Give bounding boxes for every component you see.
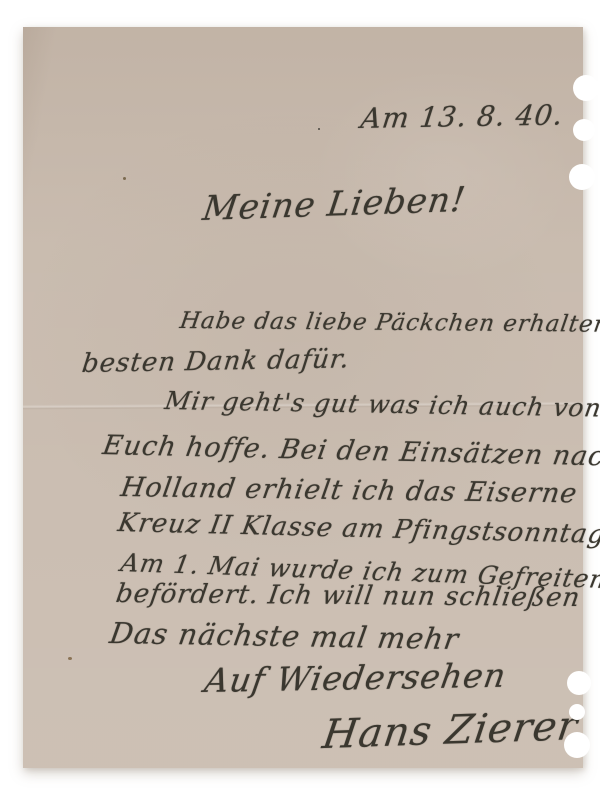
torn-edge-notch <box>573 75 599 101</box>
body-line: Holland erhielt ich das Eiserne <box>119 472 580 509</box>
salutation-line: Meine Lieben! <box>200 181 468 229</box>
torn-edge-notch <box>564 732 590 758</box>
body-line: befördert. Ich will nun schließen <box>114 580 583 614</box>
torn-edge-notch <box>569 164 595 190</box>
torn-edge-notch <box>567 671 591 695</box>
signature-line: Hans Zierer <box>320 703 581 758</box>
paper-speck <box>123 177 126 180</box>
body-line: Habe das liebe Päckchen erhalten <box>178 308 600 338</box>
body-line: Kreuz II Klasse am Pfingstsonntag. <box>116 509 600 551</box>
body-line: besten Dank dafür. <box>80 345 351 380</box>
body-line: Mir geht's gut was ich auch von <box>163 387 600 423</box>
paper-speck <box>68 657 72 660</box>
letter-paper: Am 13. 8. 40. Meine Lieben! Habe das lie… <box>23 27 583 768</box>
paper-speck <box>318 128 320 130</box>
torn-edge-notch <box>569 704 585 720</box>
date-line: Am 13. 8. 40. <box>359 99 565 135</box>
body-line: Das nächste mal mehr <box>107 617 461 656</box>
photo-background: Am 13. 8. 40. Meine Lieben! Habe das lie… <box>0 0 600 791</box>
body-line: Euch hoffe. Bei den Einsätzen nach <box>100 430 600 473</box>
torn-edge-notch <box>573 119 595 141</box>
closing-line: Auf Wiedersehen <box>202 657 509 700</box>
